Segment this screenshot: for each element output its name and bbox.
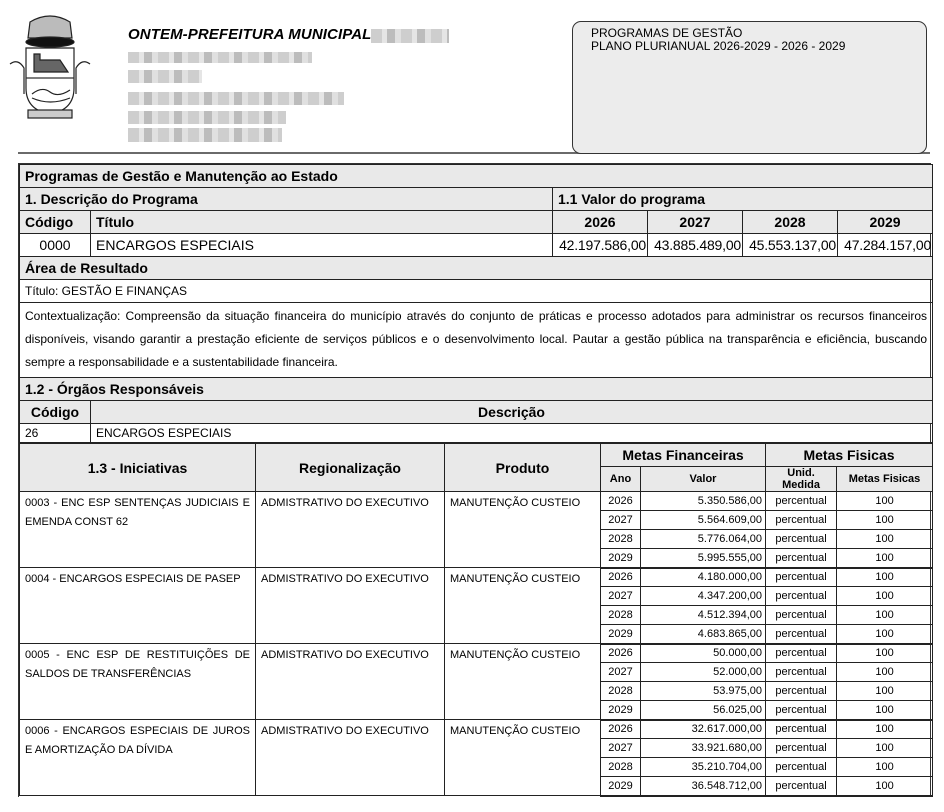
organs-label: 1.2 - Órgãos Responsáveis [20,378,933,401]
goal-target: 100 [837,701,933,720]
goal-value: 52.000,00 [641,663,766,682]
title-header: Título [91,211,553,234]
goal-value: 50.000,00 [641,644,766,663]
goal-target: 100 [837,682,933,701]
goal-year: 2026 [601,568,641,587]
organ-description-header: Descrição [91,401,933,424]
unit-header: Unid. Medida [766,467,837,492]
program-value-label: 1.1 Valor do programa [553,188,933,211]
initiative-goal-row: 0004 - ENCARGOS ESPECIAIS DE PASEPADMIST… [20,568,933,587]
goal-value: 5.995.555,00 [641,549,766,568]
organ-code: 26 [20,424,91,443]
year-header: 2027 [648,211,743,234]
goal-year: 2028 [601,758,641,777]
goal-value: 4.512.394,00 [641,606,766,625]
result-area-title: Título: GESTÃO E FINANÇAS [20,280,933,303]
initiative-description: 0006 - ENCARGOS ESPECIAIS DE JUROS E AMO… [20,720,256,796]
goal-value: 56.025,00 [641,701,766,720]
initiative-region: ADMISTRATIVO DO EXECUTIVO [256,720,445,796]
goal-target: 100 [837,568,933,587]
goal-year: 2027 [601,739,641,758]
organization-name: ONTEM-PREFEITURA MUNICIPAL [128,26,371,43]
goal-year: 2026 [601,644,641,663]
initiative-product: MANUTENÇÃO CUSTEIO [445,644,601,720]
goal-target: 100 [837,606,933,625]
goal-year: 2027 [601,663,641,682]
program-description-label: 1. Descrição do Programa [20,188,553,211]
initiative-description: 0005 - ENC ESP DE RESTITUIÇÕES DE SALDOS… [20,644,256,720]
initiative-product: MANUTENÇÃO CUSTEIO [445,720,601,796]
physical-goals-header: Metas Fisicas [766,444,933,467]
goal-unit: percentual [766,568,837,587]
goal-value: 32.617.000,00 [641,720,766,739]
coat-of-arms-icon [4,10,96,122]
goal-unit: percentual [766,644,837,663]
goal-year: 2027 [601,587,641,606]
goal-value: 5.350.586,00 [641,492,766,511]
goal-unit: percentual [766,682,837,701]
initiative-product: MANUTENÇÃO CUSTEIO [445,568,601,644]
goal-target: 100 [837,739,933,758]
goal-target: 100 [837,663,933,682]
goal-unit: percentual [766,701,837,720]
initiative-header: 1.3 - Iniciativas [20,444,256,492]
goal-year: 2026 [601,492,641,511]
result-area-context: Contextualização: Compreensão da situaçã… [20,303,933,378]
goal-year: 2029 [601,549,641,568]
goal-unit: percentual [766,720,837,739]
initiative-description: 0003 - ENC ESP SENTENÇAS JUDICIAIS E EME… [20,492,256,568]
goal-target: 100 [837,549,933,568]
redacted-address [128,52,312,63]
goal-year: 2029 [601,625,641,644]
program-value-2029: 47.284.157,00 [838,234,933,257]
goal-target: 100 [837,587,933,606]
plan-period: PLANO PLURIANUAL 2026-2029 - 2026 - 2029 [591,40,908,53]
goal-year: 2029 [601,701,641,720]
product-header: Produto [445,444,601,492]
organ-description: ENCARGOS ESPECIAIS [91,424,933,443]
initiative-description: 0004 - ENCARGOS ESPECIAIS DE PASEP [20,568,256,644]
goal-value: 53.975,00 [641,682,766,701]
result-area-label: Área de Resultado [20,257,933,280]
region-header: Regionalização [256,444,445,492]
goal-target: 100 [837,492,933,511]
year-header: 2028 [743,211,838,234]
report-info-box: PROGRAMAS DE GESTÃO PLANO PLURIANUAL 202… [572,21,927,154]
program-value-2028: 45.553.137,00 [743,234,838,257]
initiative-goal-row: 0006 - ENCARGOS ESPECIAIS DE JUROS E AMO… [20,720,933,739]
financial-goals-header: Metas Financeiras [601,444,766,467]
goal-unit: percentual [766,492,837,511]
initiative-region: ADMISTRATIVO DO EXECUTIVO [256,644,445,720]
goal-value: 35.210.704,00 [641,758,766,777]
initiatives-body: 0003 - ENC ESP SENTENÇAS JUDICIAIS E EME… [20,492,933,796]
goal-target: 100 [837,758,933,777]
goal-unit: percentual [766,511,837,530]
program-sheet: Programas de Gestão e Manutenção ao Esta… [18,163,931,797]
program-value-2026: 42.197.586,00 [553,234,648,257]
goal-unit: percentual [766,606,837,625]
redacted-email [128,128,282,142]
section-title: Programas de Gestão e Manutenção ao Esta… [20,165,933,188]
redacted-org-suffix [371,29,449,43]
program-title: ENCARGOS ESPECIAIS [91,234,553,257]
goal-year: 2028 [601,530,641,549]
initiative-product: MANUTENÇÃO CUSTEIO [445,492,601,568]
goal-target: 100 [837,777,933,796]
goal-year: 2026 [601,720,641,739]
program-value-2027: 43.885.489,00 [648,234,743,257]
goal-value: 4.180.000,00 [641,568,766,587]
goal-value: 5.564.609,00 [641,511,766,530]
goal-unit: percentual [766,549,837,568]
program-code: 0000 [20,234,91,257]
code-header: Código [20,211,91,234]
goal-year: 2027 [601,511,641,530]
year-header: 2029 [838,211,933,234]
goal-year: 2029 [601,777,641,796]
initiative-goal-row: 0005 - ENC ESP DE RESTITUIÇÕES DE SALDOS… [20,644,933,663]
value-header: Valor [641,467,766,492]
redacted-city [128,92,344,105]
goal-value: 36.548.712,00 [641,777,766,796]
goal-value: 5.776.064,00 [641,530,766,549]
initiatives-table: 1.3 - Iniciativas Regionalização Produto… [19,443,933,797]
redacted-zip [128,70,202,83]
organ-code-header: Código [20,401,91,424]
goal-target: 100 [837,720,933,739]
redacted-phone [128,111,286,124]
goal-unit: percentual [766,758,837,777]
year-header: Ano [601,467,641,492]
initiative-region: ADMISTRATIVO DO EXECUTIVO [256,492,445,568]
goal-unit: percentual [766,739,837,758]
goal-value: 33.921.680,00 [641,739,766,758]
goal-unit: percentual [766,663,837,682]
goal-unit: percentual [766,530,837,549]
goal-value: 4.347.200,00 [641,587,766,606]
goal-unit: percentual [766,777,837,796]
goal-unit: percentual [766,587,837,606]
initiative-region: ADMISTRATIVO DO EXECUTIVO [256,568,445,644]
goal-target: 100 [837,530,933,549]
goal-year: 2028 [601,682,641,701]
goal-value: 4.683.865,00 [641,625,766,644]
year-header: 2026 [553,211,648,234]
goal-unit: percentual [766,625,837,644]
physical-goal-header: Metas Fisicas [837,467,933,492]
goal-target: 100 [837,644,933,663]
goal-target: 100 [837,625,933,644]
goal-year: 2028 [601,606,641,625]
program-table: Programas de Gestão e Manutenção ao Esta… [19,164,933,443]
initiative-goal-row: 0003 - ENC ESP SENTENÇAS JUDICIAIS E EME… [20,492,933,511]
goal-target: 100 [837,511,933,530]
